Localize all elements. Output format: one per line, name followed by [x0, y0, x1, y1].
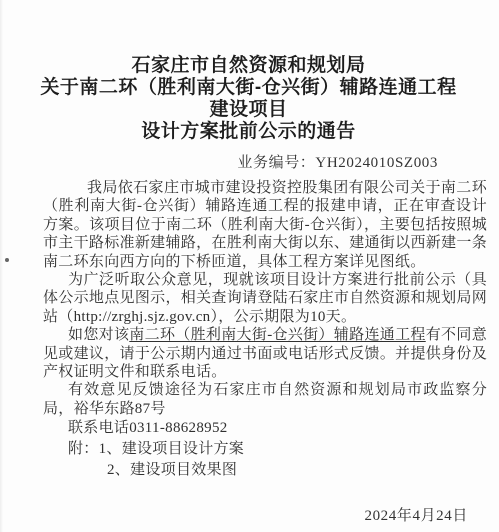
title-line-construction: 建设项目 — [8, 99, 489, 121]
paragraph-feedback-address: 有效意见反馈途径为石家庄市自然资源和规划局市政监察分局，裕华东路87号 — [43, 381, 487, 418]
attachment-line-2: 2、建设项目效果图 — [43, 460, 487, 481]
business-number-line: 业务编号：YH2024010SZ003 — [0, 151, 499, 172]
paragraph-feedback: 如您对该南二环（胜利南大街-仓兴街）辅路连通工程有不同意见或建议，请于公示期内通… — [43, 326, 487, 381]
contact-phone-line: 联系电话0311-88628952 — [43, 418, 487, 439]
title-line-agency: 石家庄市自然资源和规划局 — [8, 55, 489, 77]
feedback-prefix-text: 如您对该 — [68, 327, 129, 343]
attachment-label: 附： — [68, 441, 99, 457]
paragraph-public-notice: 为广泛听取公众意见，现就该项目设计方案进行批前公示（具体公示地点见图示，相关查询… — [43, 271, 487, 326]
notice-document: 石家庄市自然资源和规划局 关于南二环（胜利南大街-仓兴街）辅路连通工程 建设项目… — [0, 0, 499, 532]
notice-title-block: 石家庄市自然资源和规划局 关于南二环（胜利南大街-仓兴街）辅路连通工程 建设项目… — [0, 0, 499, 143]
paragraph-project-intro: 我局依石家庄市城市建设投资控股集团有限公司关于南二环（胜利南大街-仓兴街）辅路连… — [43, 179, 487, 271]
scan-edge-shadow — [0, 0, 3, 532]
attachment-item-1: 1、建设项目设计方案 — [99, 441, 245, 457]
business-number-label: 业务编号： — [237, 155, 315, 171]
title-line-project: 关于南二环（胜利南大街-仓兴街）辅路连通工程 — [8, 77, 489, 99]
title-line-notice-type: 设计方案批前公示的通告 — [8, 121, 489, 143]
attachment-line-1: 附：1、建设项目设计方案 — [43, 439, 487, 460]
business-number-value: YH2024010SZ003 — [315, 155, 438, 171]
scan-artifact-dot — [5, 258, 9, 262]
project-name-underlined: 南二环（胜利南大街-仓兴街）辅路连通工程 — [129, 327, 425, 343]
notice-date: 2024年4月24日 — [0, 504, 499, 525]
notice-body: 我局依石家庄市城市建设投资控股集团有限公司关于南二环（胜利南大街-仓兴街）辅路连… — [0, 172, 499, 481]
